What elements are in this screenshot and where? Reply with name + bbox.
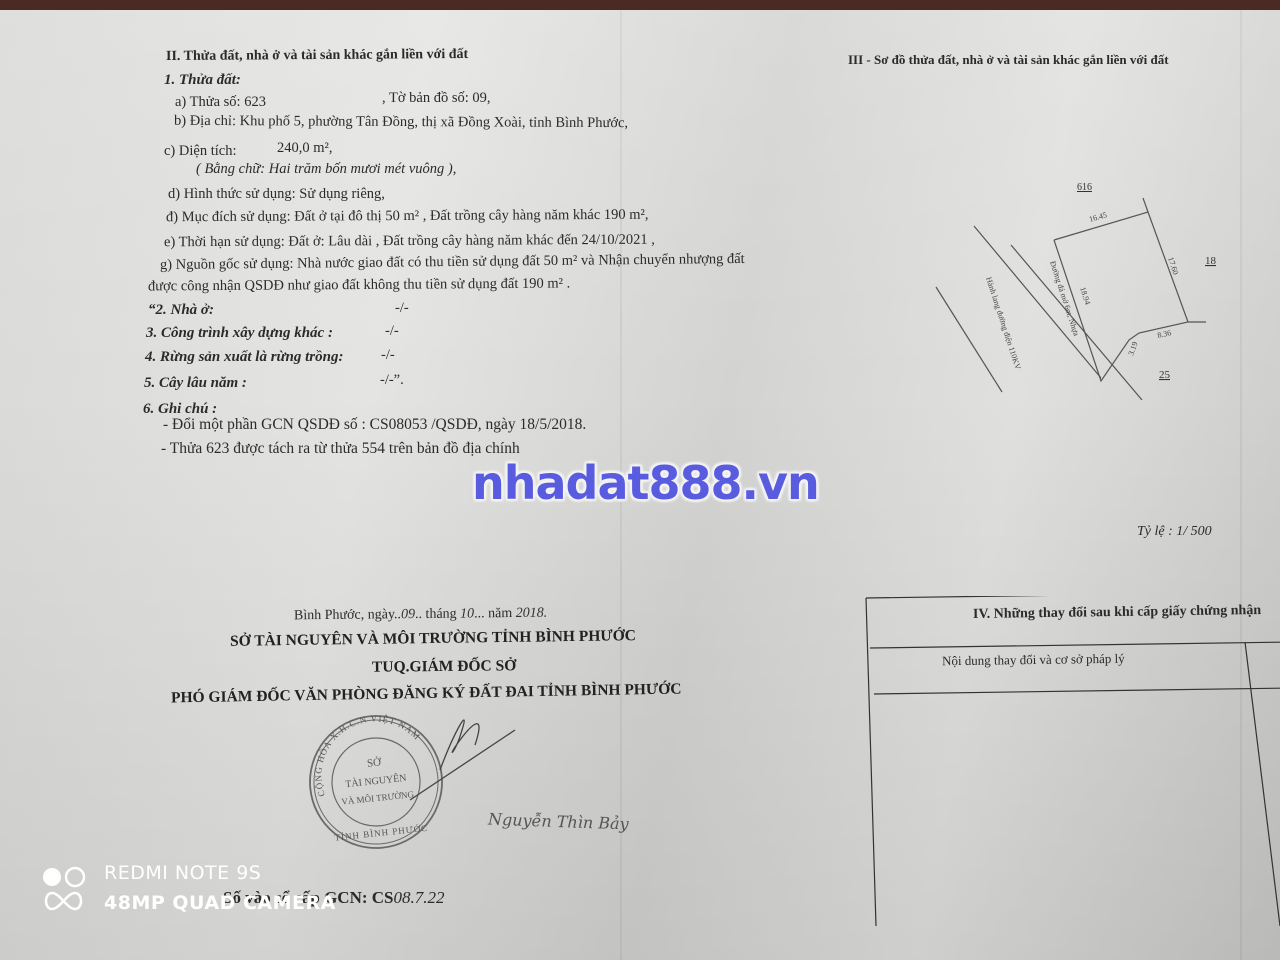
planted-forest-value: -/- [381,347,395,364]
stamp-line: TÀI NGUYÊN [345,772,407,790]
issue-month: 10 [460,606,474,621]
parcel-heading: 1. Thửa đất: [164,72,241,89]
edge-top-length: 16.45 [1088,210,1108,224]
camera-logo-icon [40,866,90,916]
usage-form: d) Hình thức sử dụng: Sử dụng riêng, [168,186,385,203]
parcel-address: b) Địa chỉ: Khu phố 5, phường Tân Đồng, … [174,113,628,132]
changes-column-header: Nội dung thay đổi và cơ sở pháp lý [942,651,1125,670]
gcn-number-value: 08.7.22 [394,888,445,907]
note-item: - Đổi một phần GCN QSDĐ số : CS08053 /QS… [163,416,586,434]
issue-year: 2018. [516,606,548,621]
neighbor-south: 25 [1159,369,1171,381]
issue-day: 09 [401,607,415,622]
parcel-sketch: 616 18 25 16.45 17.60 18.94 8.36 3.19 Đư… [930,170,1240,400]
issue-date-line: Bình Phước, ngày..09.. tháng 10... năm 2… [294,606,547,625]
house-value: -/- [395,300,409,317]
other-construction-label: 3. Công trình xây dựng khác : [146,325,333,342]
usage-term: e) Thời hạn sử dụng: Đất ở: Lâu dài , Đấ… [164,232,655,252]
other-construction-value: -/- [385,323,399,340]
powerline-label: Hành lang đường điện 110KV [984,276,1023,371]
scale-label: Tỷ lệ : 1/ 500 [1137,524,1212,540]
camera-spec: 48MP QUAD CAMERA [104,892,336,914]
house-label: “2. Nhà ở: [148,302,214,319]
note-item: - Thửa 623 được tách ra từ thửa 554 trên… [161,440,520,458]
area-label: c) Diện tích: [164,143,236,160]
map-sheet-number: , Tờ bản đồ số: 09, [382,90,491,107]
parcel-boundary [1054,212,1188,381]
camera-model: REDMI NOTE 9S [104,862,261,884]
planted-forest-label: 4. Rừng sản xuất là rừng trồng: [145,349,343,366]
site-watermark: nhadat888.vn [472,456,819,510]
edge-right-length: 17.60 [1166,256,1180,276]
neighbor-north: 616 [1077,182,1092,193]
handwritten-signature [400,700,520,810]
edge-bottom-length: 8.36 [1157,328,1173,340]
on-behalf-of: TUQ.GIÁM ĐỐC SỞ [372,657,516,677]
area-value: 240,0 m², [277,140,333,157]
section-2-title: II. Thửa đất, nhà ở và tài sản khác gắn … [166,47,468,65]
usage-purpose: đ) Mục đích sử dụng: Đất ở tại đô thị 50… [166,207,649,227]
edge-corner-length: 3.19 [1126,340,1139,356]
perennial-trees-value: -/-”. [380,372,404,389]
edge-left-length: 18.94 [1078,286,1092,306]
usage-origin-cont: được công nhận QSDĐ như giao đất không t… [148,276,570,296]
perennial-trees-label: 5. Cây lâu năm : [144,375,247,392]
area-in-words: ( Bằng chữ: Hai trăm bốn mươi mét vuông … [196,161,456,178]
neighbor-east: 18 [1205,255,1217,267]
section-3-title: III - Sơ đồ thửa đất, nhà ở và tài sản k… [848,52,1169,68]
stamp-line: SỞ [366,756,382,770]
changes-table [862,596,1280,926]
parcel-number: a) Thửa số: 623 [175,94,266,111]
